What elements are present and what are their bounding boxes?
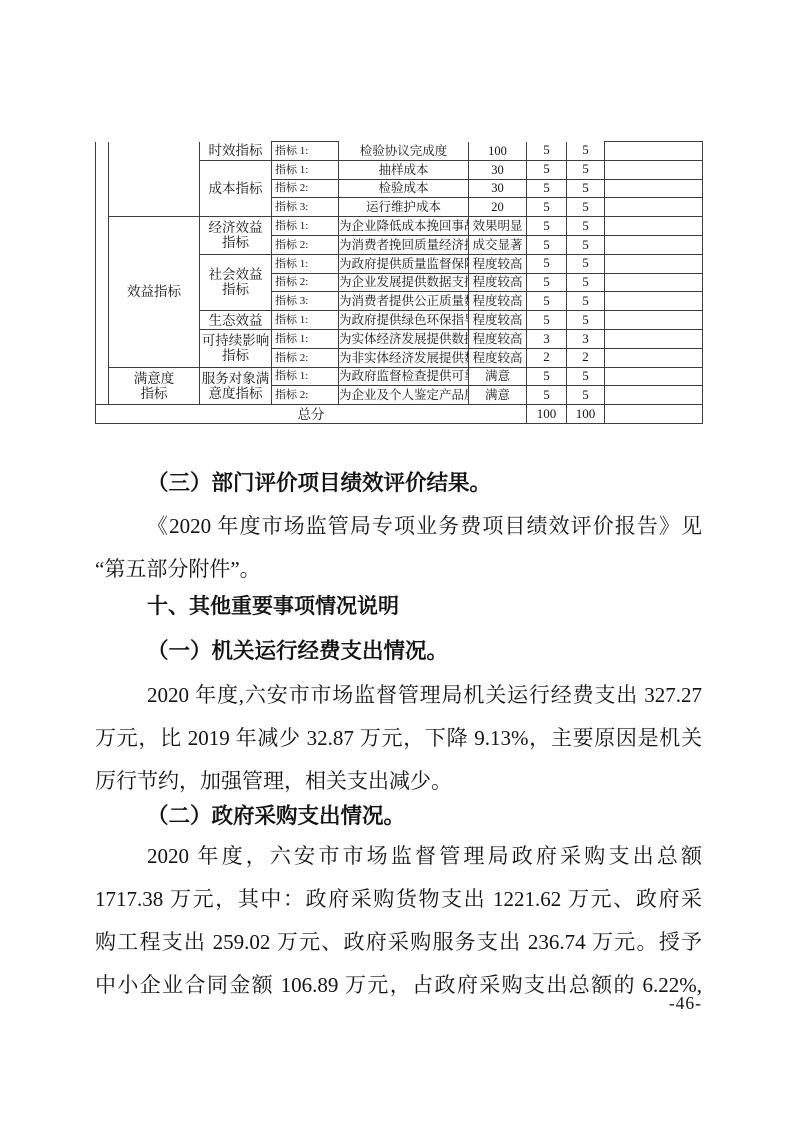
cell-remark-empty bbox=[605, 254, 703, 273]
document-page: 时效指标 指标 1: 检验协议完成度 100 5 5 成本指标 指标 1: 抽样… bbox=[0, 0, 793, 1122]
cell-subcategory: 服务对象满 意度指标 bbox=[200, 367, 272, 405]
paragraph-line: 购工程支出 259.02 万元、政府采购服务支出 236.74 万元。授予 bbox=[95, 929, 702, 956]
cell-total-weight: 100 bbox=[527, 405, 567, 424]
heading-procurement: （二）政府采购支出情况。 bbox=[95, 803, 702, 830]
cell-indicator-name: 为企业发展提供数据支撑 bbox=[339, 273, 469, 292]
cell-score: 5 bbox=[567, 386, 605, 405]
cell-remark-empty bbox=[605, 273, 703, 292]
cell-target-value: 效果明显 bbox=[469, 217, 527, 236]
cell-remark-empty bbox=[605, 198, 703, 217]
cell-indicator-label: 指标 1: bbox=[272, 329, 339, 348]
cell-indicator-label: 指标 3: bbox=[272, 292, 339, 311]
cell-target-value: 程度较高 bbox=[469, 329, 527, 348]
cell-indicator-name: 为政府监督检查提供可靠 bbox=[339, 367, 469, 386]
cell-score: 5 bbox=[567, 254, 605, 273]
cell-target-value: 20 bbox=[469, 198, 527, 217]
cell-indicator-label: 指标 1: bbox=[272, 217, 339, 236]
cell-indicator-name: 为企业及个人鉴定产品质 bbox=[339, 386, 469, 405]
cell-score: 5 bbox=[567, 160, 605, 179]
cell-subcategory: 经济效益 指标 bbox=[200, 217, 272, 255]
cell-score: 5 bbox=[567, 273, 605, 292]
heading-other-matters: 十、其他重要事项情况说明 bbox=[95, 594, 702, 621]
cell-score: 3 bbox=[567, 329, 605, 348]
cell-remark-empty bbox=[605, 405, 703, 424]
cell-weight: 5 bbox=[527, 198, 567, 217]
cell-weight: 5 bbox=[527, 235, 567, 254]
cell-target-value: 满意 bbox=[469, 386, 527, 405]
cell-score: 5 bbox=[567, 198, 605, 217]
cell-indicator-label: 指标 1: bbox=[272, 142, 339, 161]
paragraph-line: 万元，比 2019 年减少 32.87 万元，下降 9.13%，主要原因是机关 bbox=[95, 725, 702, 752]
cell-target-value: 成交显著 bbox=[469, 235, 527, 254]
cell-subcategory: 可持续影响 指标 bbox=[200, 329, 272, 367]
heading-operating-expense: （一）机关运行经费支出情况。 bbox=[95, 638, 702, 665]
cell-target-value: 100 bbox=[469, 142, 527, 161]
cell-remark-empty bbox=[605, 386, 703, 405]
paragraph-line: 中小企业合同金额 106.89 万元，占政府采购支出总额的 6.22%, bbox=[95, 972, 702, 999]
cell-score: 5 bbox=[567, 217, 605, 236]
cell-weight: 5 bbox=[527, 292, 567, 311]
paragraph-line: 《2020 年度市场监管局专项业务费项目绩效评价报告》见 bbox=[95, 513, 702, 540]
cell-total-score: 100 bbox=[567, 405, 605, 424]
cell-score: 5 bbox=[567, 367, 605, 386]
cell-target-value: 30 bbox=[469, 160, 527, 179]
cell-remark-empty bbox=[605, 311, 703, 330]
cell-left-spacer bbox=[96, 142, 109, 405]
cell-target-value: 程度较高 bbox=[469, 273, 527, 292]
cell-remark-empty bbox=[605, 367, 703, 386]
cell-indicator-label: 指标 2: bbox=[272, 235, 339, 254]
cell-group-benefit: 效益指标 bbox=[109, 217, 200, 367]
cell-indicator-name: 为实体经济发展提供数据 bbox=[339, 329, 469, 348]
cell-indicator-label: 指标 2: bbox=[272, 273, 339, 292]
table-row: 时效指标 指标 1: 检验协议完成度 100 5 5 bbox=[96, 142, 703, 161]
paragraph-line: 1717.38 万元，其中：政府采购货物支出 1221.62 万元、政府采 bbox=[95, 886, 702, 913]
cell-indicator-name: 运行维护成本 bbox=[339, 198, 469, 217]
table-row: 满意度 指标 服务对象满 意度指标 指标 1: 为政府监督检查提供可靠 满意 5… bbox=[96, 367, 703, 386]
cell-indicator-label: 指标 2: bbox=[272, 179, 339, 198]
cell-indicator-label: 指标 1: bbox=[272, 160, 339, 179]
cell-indicator-label: 指标 1: bbox=[272, 254, 339, 273]
cell-target-value: 程度较高 bbox=[469, 254, 527, 273]
cell-remark-empty bbox=[605, 292, 703, 311]
cell-total-label: 总分 bbox=[96, 405, 527, 424]
cell-target-value: 程度较高 bbox=[469, 348, 527, 367]
cell-weight: 5 bbox=[527, 179, 567, 198]
cell-subcategory: 成本指标 bbox=[200, 160, 272, 216]
paragraph-line: 2020 年度,六安市市场监督管理局机关运行经费支出 327.27 bbox=[95, 682, 702, 709]
cell-subcategory: 时效指标 bbox=[200, 142, 272, 161]
cell-remark-empty bbox=[605, 235, 703, 254]
cell-weight: 5 bbox=[527, 311, 567, 330]
cell-target-value: 程度较高 bbox=[469, 292, 527, 311]
cell-indicator-label: 指标 2: bbox=[272, 348, 339, 367]
cell-score: 5 bbox=[567, 292, 605, 311]
cell-indicator-name: 为非实体经济发展提供数 bbox=[339, 348, 469, 367]
cell-remark-empty bbox=[605, 179, 703, 198]
table-row: 效益指标 经济效益 指标 指标 1: 为企业降低成本挽回事故 效果明显 5 5 bbox=[96, 217, 703, 236]
cell-indicator-name: 检验协议完成度 bbox=[339, 142, 469, 161]
cell-weight: 5 bbox=[527, 254, 567, 273]
cell-indicator-name: 抽样成本 bbox=[339, 160, 469, 179]
cell-remark-empty bbox=[605, 160, 703, 179]
cell-indicator-label: 指标 3: bbox=[272, 198, 339, 217]
cell-indicator-name: 为政府提供质量监督保障 bbox=[339, 254, 469, 273]
cell-score: 5 bbox=[567, 142, 605, 161]
paragraph-line: “第五部分附件”。 bbox=[95, 556, 702, 583]
cell-indicator-label: 指标 2: bbox=[272, 386, 339, 405]
cell-remark-empty bbox=[605, 329, 703, 348]
cell-score: 5 bbox=[567, 311, 605, 330]
cell-remark-empty bbox=[605, 217, 703, 236]
paragraph-line: 2020 年度，六安市市场监督管理局政府采购支出总额 bbox=[95, 843, 702, 870]
cell-subcategory: 社会效益 指标 bbox=[200, 254, 272, 310]
table-row-total: 总分 100 100 bbox=[96, 405, 703, 424]
cell-target-value: 30 bbox=[469, 179, 527, 198]
heading-section-result: （三）部门评价项目绩效评价结果。 bbox=[95, 470, 702, 497]
cell-weight: 5 bbox=[527, 273, 567, 292]
cell-remark-empty bbox=[605, 348, 703, 367]
cell-weight: 5 bbox=[527, 217, 567, 236]
cell-indicator-name: 检验成本 bbox=[339, 179, 469, 198]
cell-group-satisfaction: 满意度 指标 bbox=[109, 367, 200, 405]
paragraph-line: 厉行节约，加强管理，相关支出减少。 bbox=[95, 768, 702, 795]
cell-indicator-name: 为企业降低成本挽回事故 bbox=[339, 217, 469, 236]
performance-indicator-table: 时效指标 指标 1: 检验协议完成度 100 5 5 成本指标 指标 1: 抽样… bbox=[95, 141, 703, 424]
cell-indicator-label: 指标 1: bbox=[272, 367, 339, 386]
cell-score: 2 bbox=[567, 348, 605, 367]
cell-indicator-label: 指标 1: bbox=[272, 311, 339, 330]
cell-indicator-name: 为消费者挽回质量经济损 bbox=[339, 235, 469, 254]
cell-target-value: 程度较高 bbox=[469, 311, 527, 330]
cell-score: 5 bbox=[567, 235, 605, 254]
cell-remark-empty bbox=[605, 142, 703, 161]
cell-group-empty bbox=[109, 142, 200, 217]
cell-indicator-name: 为政府提供绿色环保指导 bbox=[339, 311, 469, 330]
cell-score: 5 bbox=[567, 179, 605, 198]
page-number: -46- bbox=[669, 993, 702, 1014]
cell-target-value: 满意 bbox=[469, 367, 527, 386]
cell-subcategory: 生态效益 bbox=[200, 311, 272, 330]
cell-weight: 5 bbox=[527, 386, 567, 405]
cell-weight: 2 bbox=[527, 348, 567, 367]
cell-indicator-name: 为消费者提供公正质量数 bbox=[339, 292, 469, 311]
cell-weight: 3 bbox=[527, 329, 567, 348]
cell-weight: 5 bbox=[527, 367, 567, 386]
cell-weight: 5 bbox=[527, 160, 567, 179]
cell-weight: 5 bbox=[527, 142, 567, 161]
